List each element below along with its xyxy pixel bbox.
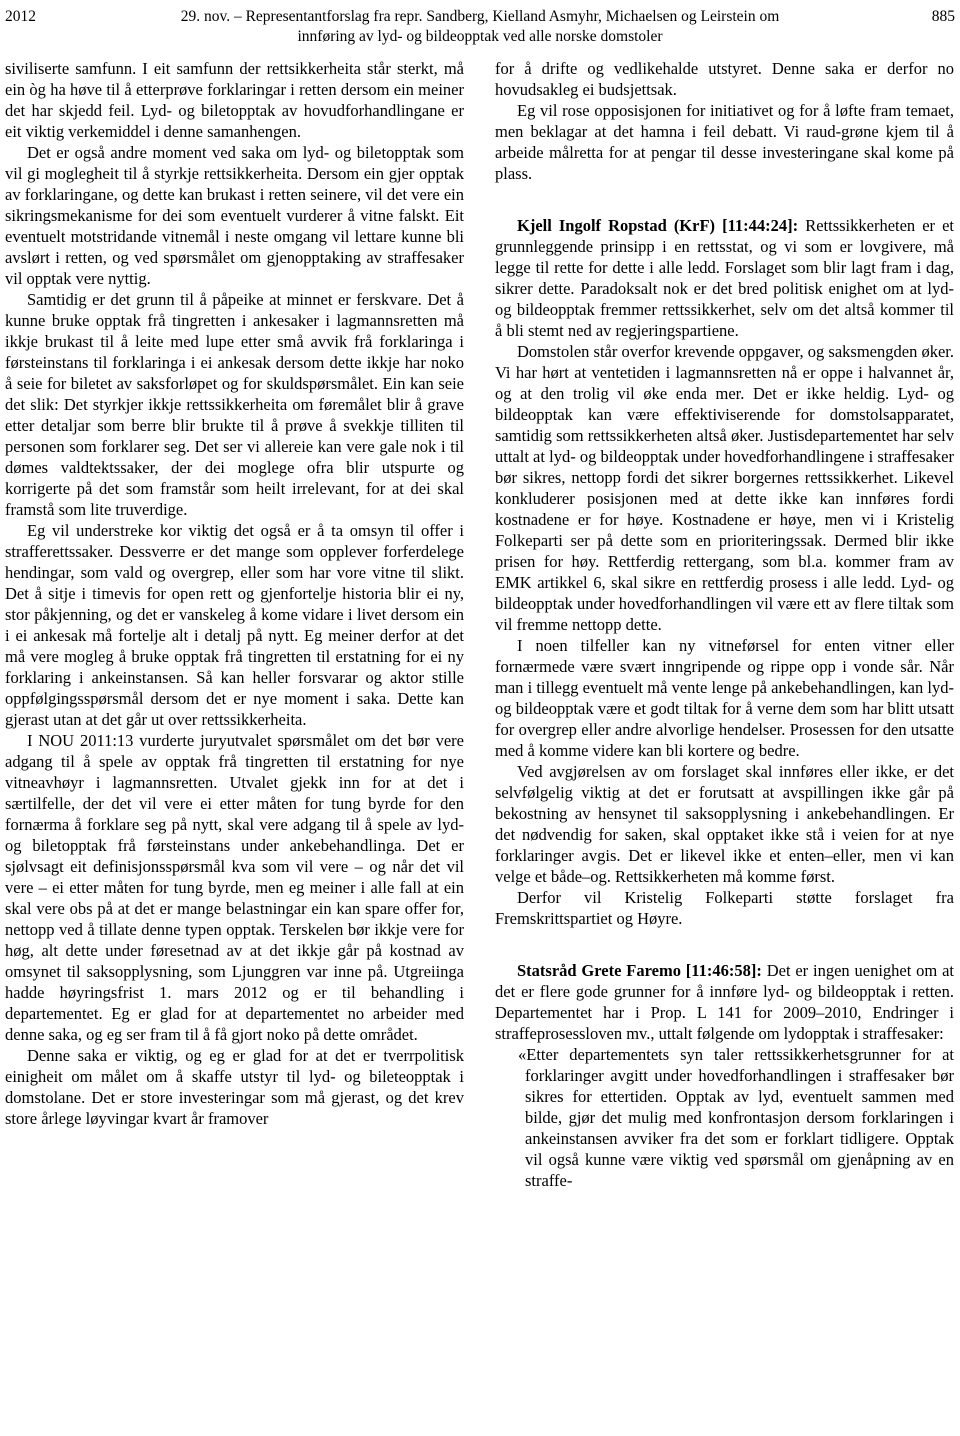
- page-header: 2012 29. nov. – Representantforslag fra …: [0, 0, 960, 47]
- left-column: siviliserte samfunn. I eit samfunn der r…: [5, 58, 464, 1436]
- paragraph: siviliserte samfunn. I eit samfunn der r…: [5, 58, 464, 142]
- speaker-name: Statsråd Grete Faremo [11:46:58]:: [517, 961, 762, 980]
- header-title: 29. nov. – Representantforslag fra repr.…: [95, 7, 865, 47]
- paragraph: Eg vil rose opposisjonen for initiativet…: [495, 100, 954, 184]
- paragraph: Domstolen står overfor krevende oppgaver…: [495, 341, 954, 635]
- paragraph: Det er også andre moment ved saka om lyd…: [5, 142, 464, 289]
- paragraph: Denne saka er viktig, og eg er glad for …: [5, 1045, 464, 1129]
- header-year: 2012: [5, 7, 95, 27]
- paragraph: for å drifte og vedlikehalde utstyret. D…: [495, 58, 954, 100]
- paragraph: I noen tilfeller kan ny vitneførsel for …: [495, 635, 954, 761]
- text-columns: siviliserte samfunn. I eit samfunn der r…: [0, 58, 960, 1436]
- paragraph: Derfor vil Kristelig Folkeparti støtte f…: [495, 887, 954, 929]
- header-title-line2: innføring av lyd- og bildeopptak ved all…: [95, 27, 865, 47]
- speech-paragraph: Statsråd Grete Faremo [11:46:58]: Det er…: [495, 960, 954, 1044]
- paragraph: I NOU 2011:13 vurderte juryutvalet spørs…: [5, 730, 464, 1045]
- speaker-name: Kjell Ingolf Ropstad (KrF) [11:44:24]:: [517, 216, 798, 235]
- header-title-line1: 29. nov. – Representantforslag fra repr.…: [95, 7, 865, 27]
- paragraph: Eg vil understreke kor viktig det også e…: [5, 520, 464, 730]
- proceedings-page: 2012 29. nov. – Representantforslag fra …: [0, 0, 960, 1436]
- paragraph: Ved avgjørelsen av om forslaget skal inn…: [495, 761, 954, 887]
- block-quote: «Etter departementets syn taler rettssik…: [525, 1044, 954, 1191]
- right-column: for å drifte og vedlikehalde utstyret. D…: [495, 58, 954, 1436]
- header-page-number: 885: [865, 7, 955, 27]
- paragraph: Samtidig er det grunn til å påpeike at m…: [5, 289, 464, 520]
- speech-paragraph: Kjell Ingolf Ropstad (KrF) [11:44:24]: R…: [495, 215, 954, 341]
